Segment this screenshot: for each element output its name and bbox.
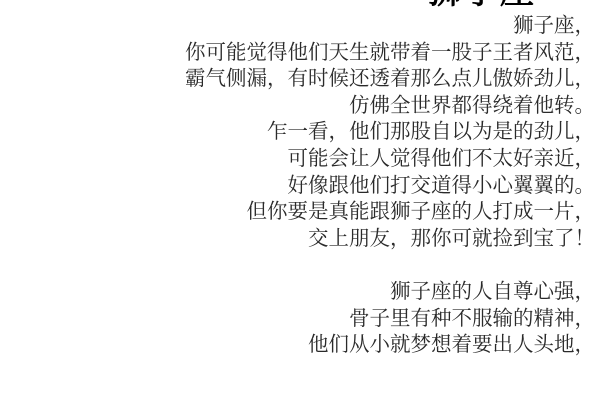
text-line: 他们从小就梦想着要出人头地， xyxy=(185,331,595,358)
text-line: 乍一看，他们那股自以为是的劲儿， xyxy=(185,118,595,145)
stanza-2: 狮子座的人自尊心强， 骨子里有种不服输的精神， 他们从小就梦想着要出人头地， xyxy=(185,278,595,358)
stanza-divider xyxy=(185,251,595,278)
text-line: 狮子座的人自尊心强， xyxy=(185,278,595,305)
text-line: 交上朋友，那你可就捡到宝了！ xyxy=(185,225,595,252)
text-line: 可能会让人觉得他们不太好亲近， xyxy=(185,145,595,172)
stanza-1: 狮子座， 你可能觉得他们天生就带着一股子王者风范， 霸气侧漏，有时候还透着那么点… xyxy=(185,12,595,251)
text-line: 但你要是真能跟狮子座的人打成一片， xyxy=(185,198,595,225)
text-line: 狮子座， xyxy=(185,12,595,39)
text-line: 仿佛全世界都得绕着他转。 xyxy=(185,92,595,119)
text-line: 好像跟他们打交道得小心翼翼的。 xyxy=(185,172,595,199)
poem-body: 狮子座， 你可能觉得他们天生就带着一股子王者风范， 霸气侧漏，有时候还透着那么点… xyxy=(185,12,595,358)
text-line: 骨子里有种不服输的精神， xyxy=(185,305,595,332)
text-line: 你可能觉得他们天生就带着一股子王者风范， xyxy=(185,39,595,66)
page-title: 狮子座 xyxy=(428,0,536,10)
text-line: 霸气侧漏，有时候还透着那么点儿傲娇劲儿， xyxy=(185,65,595,92)
